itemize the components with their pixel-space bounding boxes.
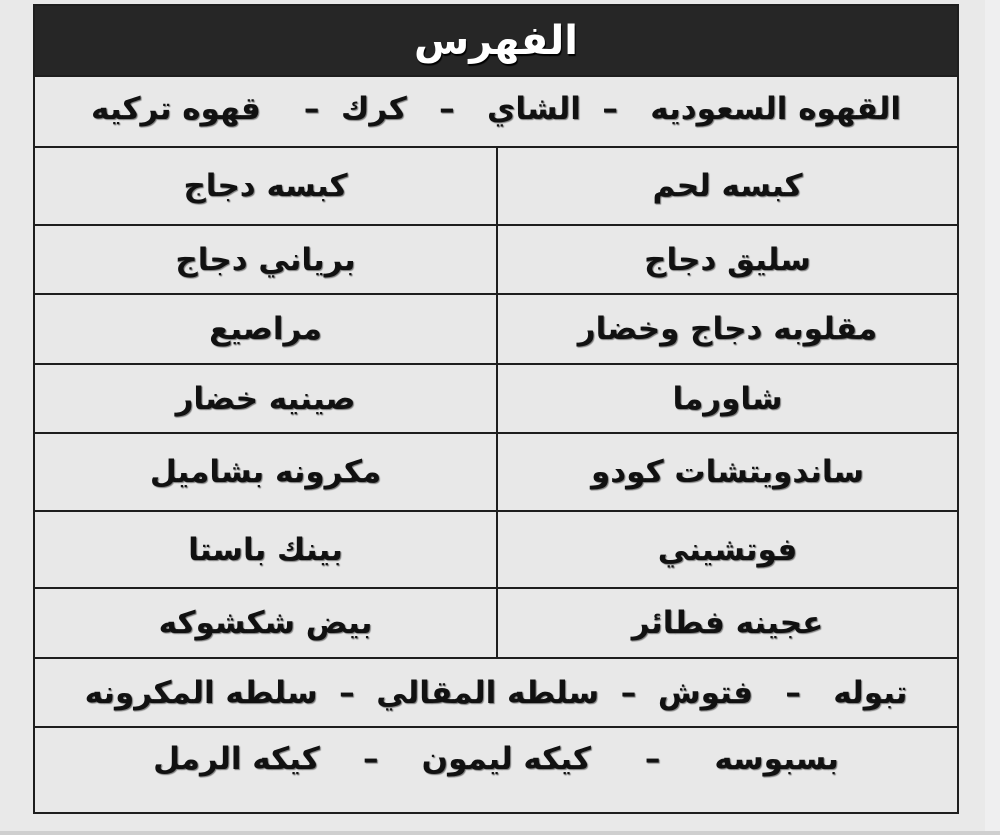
table-row: سليق دجاج برياني دجاج <box>35 224 957 293</box>
table-row: عجينه فطائر بيض شكشوكه <box>35 587 957 657</box>
bottom-edge <box>0 831 1000 835</box>
index-table: الفهرس القهوه السعوديه – الشاي – كرك – ق… <box>33 4 959 814</box>
cell-right: ساندويتشات كودو <box>496 434 957 510</box>
page-margin <box>985 0 1000 831</box>
table-row: فوتشيني بينك باستا <box>35 510 957 587</box>
cell-left: بيض شكشوكه <box>35 589 496 657</box>
cell-right: مقلوبه دجاج وخضار <box>496 295 957 363</box>
cell-left: مراصيع <box>35 295 496 363</box>
cell-right: كبسه لحم <box>496 148 957 224</box>
table-row: شاورما صينيه خضار <box>35 363 957 432</box>
cell-left: كبسه دجاج <box>35 148 496 224</box>
cell-left: برياني دجاج <box>35 226 496 293</box>
cell-right: عجينه فطائر <box>496 589 957 657</box>
table-row: مقلوبه دجاج وخضار مراصيع <box>35 293 957 363</box>
table-row: ساندويتشات كودو مكرونه بشاميل <box>35 432 957 510</box>
cell-right: سليق دجاج <box>496 226 957 293</box>
page-title: الفهرس <box>35 6 957 75</box>
row-drinks: القهوه السعوديه – الشاي – كرك – قهوه ترك… <box>35 75 957 146</box>
cell-right: فوتشيني <box>496 512 957 587</box>
cell-left: مكرونه بشاميل <box>35 434 496 510</box>
row-desserts: بسبوسه – كيكه ليمون – كيكه الرمل <box>35 726 957 812</box>
cell-left: صينيه خضار <box>35 365 496 432</box>
table-row: كبسه لحم كبسه دجاج <box>35 146 957 224</box>
row-salads: تبوله – فتوش – سلطه المقالي – سلطه المكر… <box>35 657 957 726</box>
cell-left: بينك باستا <box>35 512 496 587</box>
cell-right: شاورما <box>496 365 957 432</box>
